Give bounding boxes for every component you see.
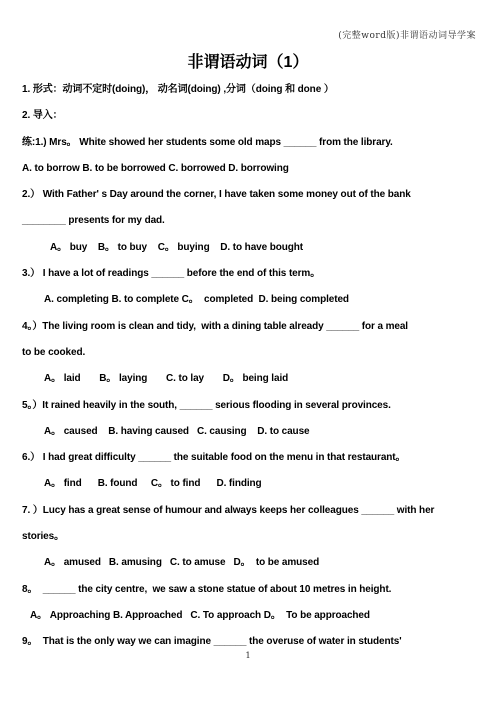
text-line: A。 buy B。 to buy C。 buying D. to have bo… (22, 235, 486, 261)
text-line: 8。 ______ the city centre, we saw a ston… (22, 577, 486, 603)
text-line: 4。）The living room is clean and tidy, wi… (22, 314, 486, 340)
text-line: 2.） With Father' s Day around the corner… (22, 182, 486, 208)
text-line: 1. 形式：动词不定时(doing)， 动名词(doing) ,分词（doing… (22, 77, 486, 103)
text-line: A. completing B. to complete C。 complete… (22, 287, 486, 313)
text-line: 3.） I have a lot of readings ______ befo… (22, 261, 486, 287)
document-page: (完整word版)非谓语动词导学案 非谓语动词（1） 1. 形式：动词不定时(d… (0, 0, 496, 702)
document-header-watermark: (完整word版)非谓语动词导学案 (0, 28, 476, 41)
text-line: stories。 (22, 524, 486, 550)
text-line: A。 Approaching B. Approached C. To appro… (22, 603, 486, 629)
text-line: A。 laid B。 laying C. to lay D。 being lai… (22, 366, 486, 392)
text-line: A。 amused B. amusing C. to amuse D。 to b… (22, 550, 486, 576)
page-number: 1 (0, 651, 496, 660)
text-line: A. to borrow B. to be borrowed C. borrow… (22, 156, 486, 182)
text-line: 5。）It rained heavily in the south, _____… (22, 393, 486, 419)
text-line: A。 find B. found C。 to find D. finding (22, 471, 486, 497)
text-line: to be cooked. (22, 340, 486, 366)
page-title: 非谓语动词（1） (0, 49, 496, 72)
text-line: A。 caused B. having caused C. causing D.… (22, 419, 486, 445)
text-line: 7. ）Lucy has a great sense of humour and… (22, 498, 486, 524)
text-line: 2. 导入： (22, 103, 486, 129)
text-line: 练:1.) Mrs。 White showed her students som… (22, 130, 486, 156)
text-line: 6.） I had great difficulty ______ the su… (22, 445, 486, 471)
document-body: 1. 形式：动词不定时(doing)， 动名词(doing) ,分词（doing… (22, 77, 486, 656)
text-line: ________ presents for my dad. (22, 208, 486, 234)
